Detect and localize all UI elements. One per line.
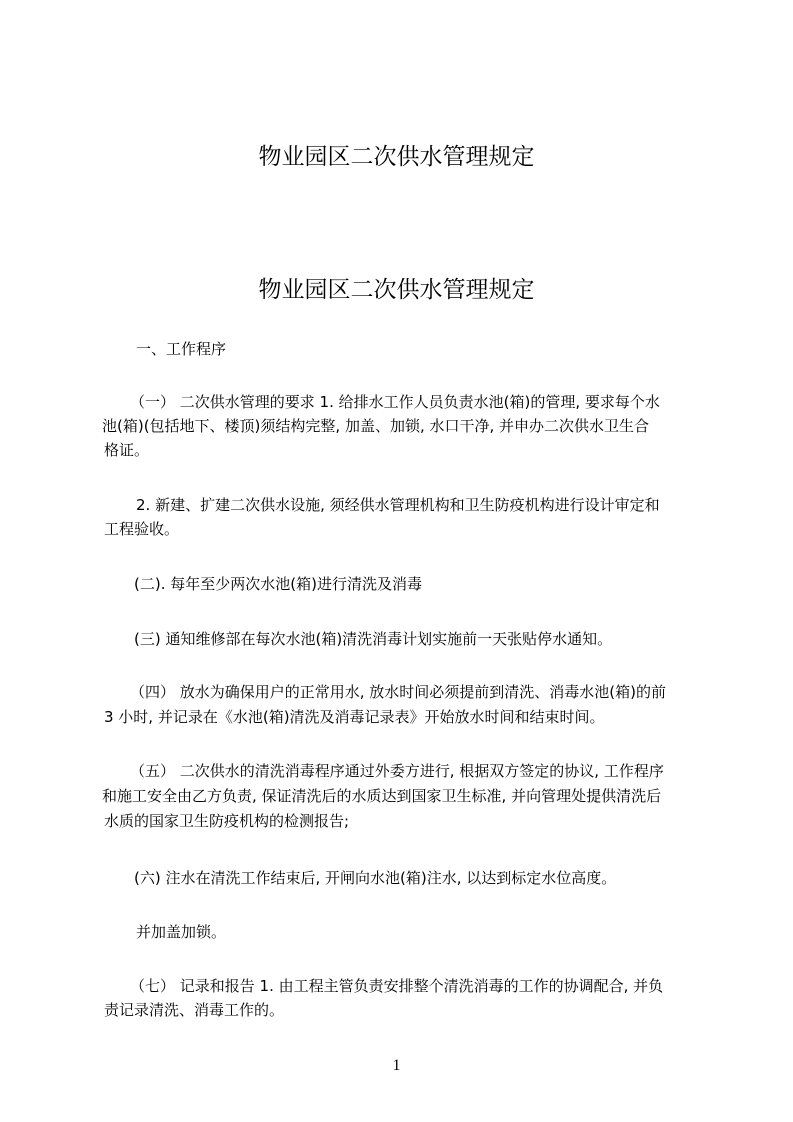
paragraph-line: 2. 新建、扩建二次供水设施, 须经供水管理机构和卫生防疫机构进行设计审定和 <box>136 495 660 515</box>
cover-title: 物业园区二次供水管理规定 <box>0 143 793 171</box>
paragraph-line: (三) 通知维修部在每次水池(箱)清洗消毒计划实施前一天张贴停水通知。 <box>134 629 612 649</box>
paragraph-line: 和施工安全由乙方负责, 保证清洗后的水质达到国家卫生标准, 并向管理处提供清洗后 <box>102 786 661 806</box>
paragraph-line: （五） 二次供水的清洗消毒程序通过外委方进行, 根据双方签定的协议, 工作程序 <box>130 761 664 781</box>
paragraph-line: 并加盖加锁。 <box>136 922 226 942</box>
document-page: 物业园区二次供水管理规定 物业园区二次供水管理规定 一、工作程序 （一） 二次供… <box>0 0 793 1122</box>
paragraph-line: (二). 每年至少两次水池(箱)进行清洗及消毒 <box>134 574 422 594</box>
page-number: 1 <box>0 1056 793 1076</box>
paragraph-line: 水质的国家卫生防疫机构的检测报告; <box>104 811 349 831</box>
paragraph-line: （四） 放水为确保用户的正常用水, 放水时间必须提前到清洗、消毒水池(箱)的前 <box>130 682 666 702</box>
paragraph-line: (六) 注水在清洗工作结束后, 开闸向水池(箱)注水, 以达到标定水位高度。 <box>134 868 616 888</box>
paragraph-line: 工程验收。 <box>104 519 179 539</box>
paragraph-line: （七） 记录和报告 1. 由工程主管负责安排整个清洗消毒的工作的协调配合, 并负 <box>130 976 663 996</box>
document-title: 物业园区二次供水管理规定 <box>0 276 793 304</box>
paragraph-line: （一） 二次供水管理的要求 1. 给排水工作人员负责水池(箱)的管理, 要求每个… <box>130 392 660 412</box>
section-heading: 一、工作程序 <box>136 339 226 359</box>
paragraph-line: 池(箱)(包括地下、楼顶)须结构完整, 加盖、加锁, 水口干净, 并申办二次供水… <box>102 416 649 436</box>
paragraph-line: 责记录清洗、消毒工作的。 <box>104 1000 284 1020</box>
paragraph-line: 格证。 <box>104 440 149 460</box>
paragraph-line: 3 小时, 并记录在《水池(箱)清洗及消毒记录表》开始放水时间和结束时间。 <box>104 707 605 727</box>
